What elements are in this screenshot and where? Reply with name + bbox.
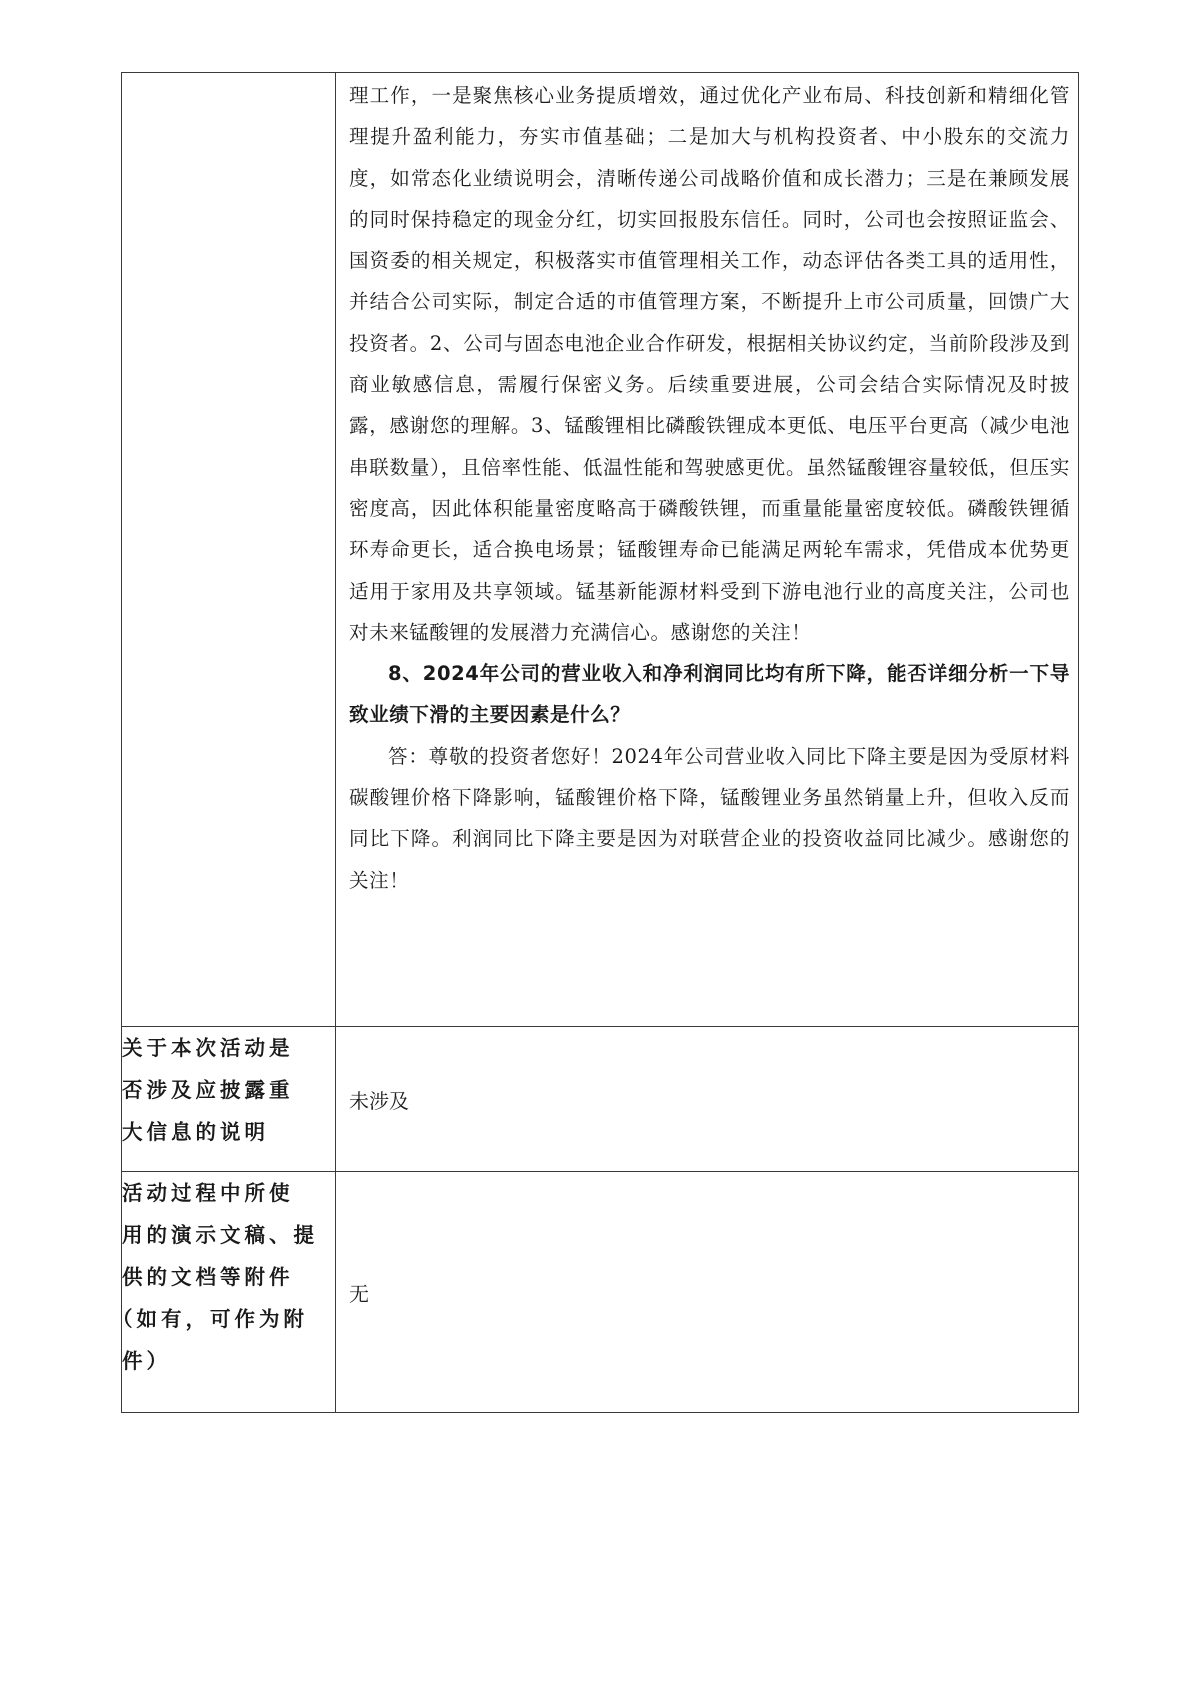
label-line: 活动过程中所使: [122, 1172, 335, 1214]
attachments-label: 活动过程中所使 用的演示文稿、提 供的文档等附件 （如有，可作为附 件）: [122, 1172, 336, 1413]
answer-8: 答：尊敬的投资者您好！2024年公司营业收入同比下降主要是因为受原材料碳酸锂价格…: [349, 736, 1070, 901]
label-line: 供的文档等附件: [122, 1256, 335, 1298]
disclosure-label: 关于本次活动是 否涉及应披露重 大信息的说明: [122, 1027, 336, 1172]
label-line: 否涉及应披露重: [122, 1069, 335, 1111]
disclosure-value: 未涉及: [336, 1027, 1079, 1172]
label-line: 关于本次活动是: [122, 1027, 335, 1069]
label-line: 件）: [122, 1340, 335, 1382]
question-8: 8、2024年公司的营业收入和净利润同比均有所下降，能否详细分析一下导致业绩下滑…: [349, 653, 1070, 736]
empty-label-cell: [122, 73, 336, 1027]
investor-relations-table: 理工作，一是聚焦核心业务提质增效，通过优化产业布局、科技创新和精细化管理提升盈利…: [121, 72, 1079, 1413]
disclosure-row: 关于本次活动是 否涉及应披露重 大信息的说明 未涉及: [122, 1027, 1079, 1172]
attachments-row: 活动过程中所使 用的演示文稿、提 供的文档等附件 （如有，可作为附 件） 无: [122, 1172, 1079, 1413]
qa-continuation-row: 理工作，一是聚焦核心业务提质增效，通过优化产业布局、科技创新和精细化管理提升盈利…: [122, 73, 1079, 1027]
attachments-value: 无: [336, 1172, 1079, 1413]
answer-continuation-paragraph: 理工作，一是聚焦核心业务提质增效，通过优化产业布局、科技创新和精细化管理提升盈利…: [349, 75, 1070, 653]
label-line: （如有，可作为附: [112, 1298, 335, 1340]
qa-content-cell: 理工作，一是聚焦核心业务提质增效，通过优化产业布局、科技创新和精细化管理提升盈利…: [336, 73, 1079, 1027]
label-line: 用的演示文稿、提: [122, 1214, 335, 1256]
label-line: 大信息的说明: [122, 1111, 335, 1153]
